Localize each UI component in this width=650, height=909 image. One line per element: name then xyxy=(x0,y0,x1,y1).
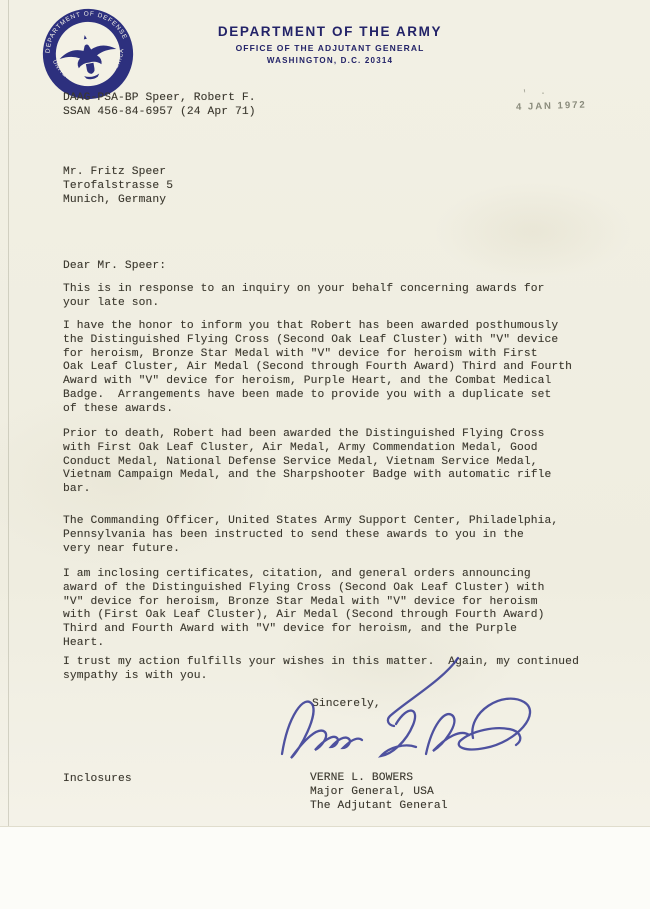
paragraph-2: I have the honor to inform you that Robe… xyxy=(63,320,572,417)
paragraph-6: I trust my action fulfills your wishes i… xyxy=(63,656,579,684)
paragraph-4: The Commanding Officer, United States Ar… xyxy=(63,515,558,556)
signer-title: The Adjutant General xyxy=(310,800,448,812)
recipient-address: Mr. Fritz Speer Terofalstrasse 5 Munich,… xyxy=(63,166,173,207)
paper-edge-shadow xyxy=(8,0,9,826)
letterhead-city: WASHINGTON, D.C. 20314 xyxy=(105,56,555,65)
paragraph-1: This is in response to an inquiry on you… xyxy=(63,283,545,311)
reference-block: DAAG-PSA-BP Speer, Robert F. SSAN 456-84… xyxy=(63,92,256,120)
salutation: Dear Mr. Speer: xyxy=(63,260,166,274)
scan-background xyxy=(0,827,650,909)
signer-rank: Major General, USA xyxy=(310,786,434,798)
letterhead-department: DEPARTMENT OF THE ARMY xyxy=(105,24,555,39)
letterhead-office: OFFICE OF THE ADJUTANT GENERAL xyxy=(105,43,555,53)
paragraph-3: Prior to death, Robert had been awarded … xyxy=(63,428,551,497)
signer-block: VERNE L. BOWERS Major General, USA The A… xyxy=(310,772,448,813)
paragraph-5: I am inclosing certificates, citation, a… xyxy=(63,568,545,651)
letterhead: DEPARTMENT OF THE ARMY OFFICE OF THE ADJ… xyxy=(105,24,555,65)
signer-name: VERNE L. BOWERS xyxy=(310,772,413,784)
closing-sincerely: Sincerely, xyxy=(312,698,381,712)
enclosures-note: Inclosures xyxy=(63,773,132,787)
